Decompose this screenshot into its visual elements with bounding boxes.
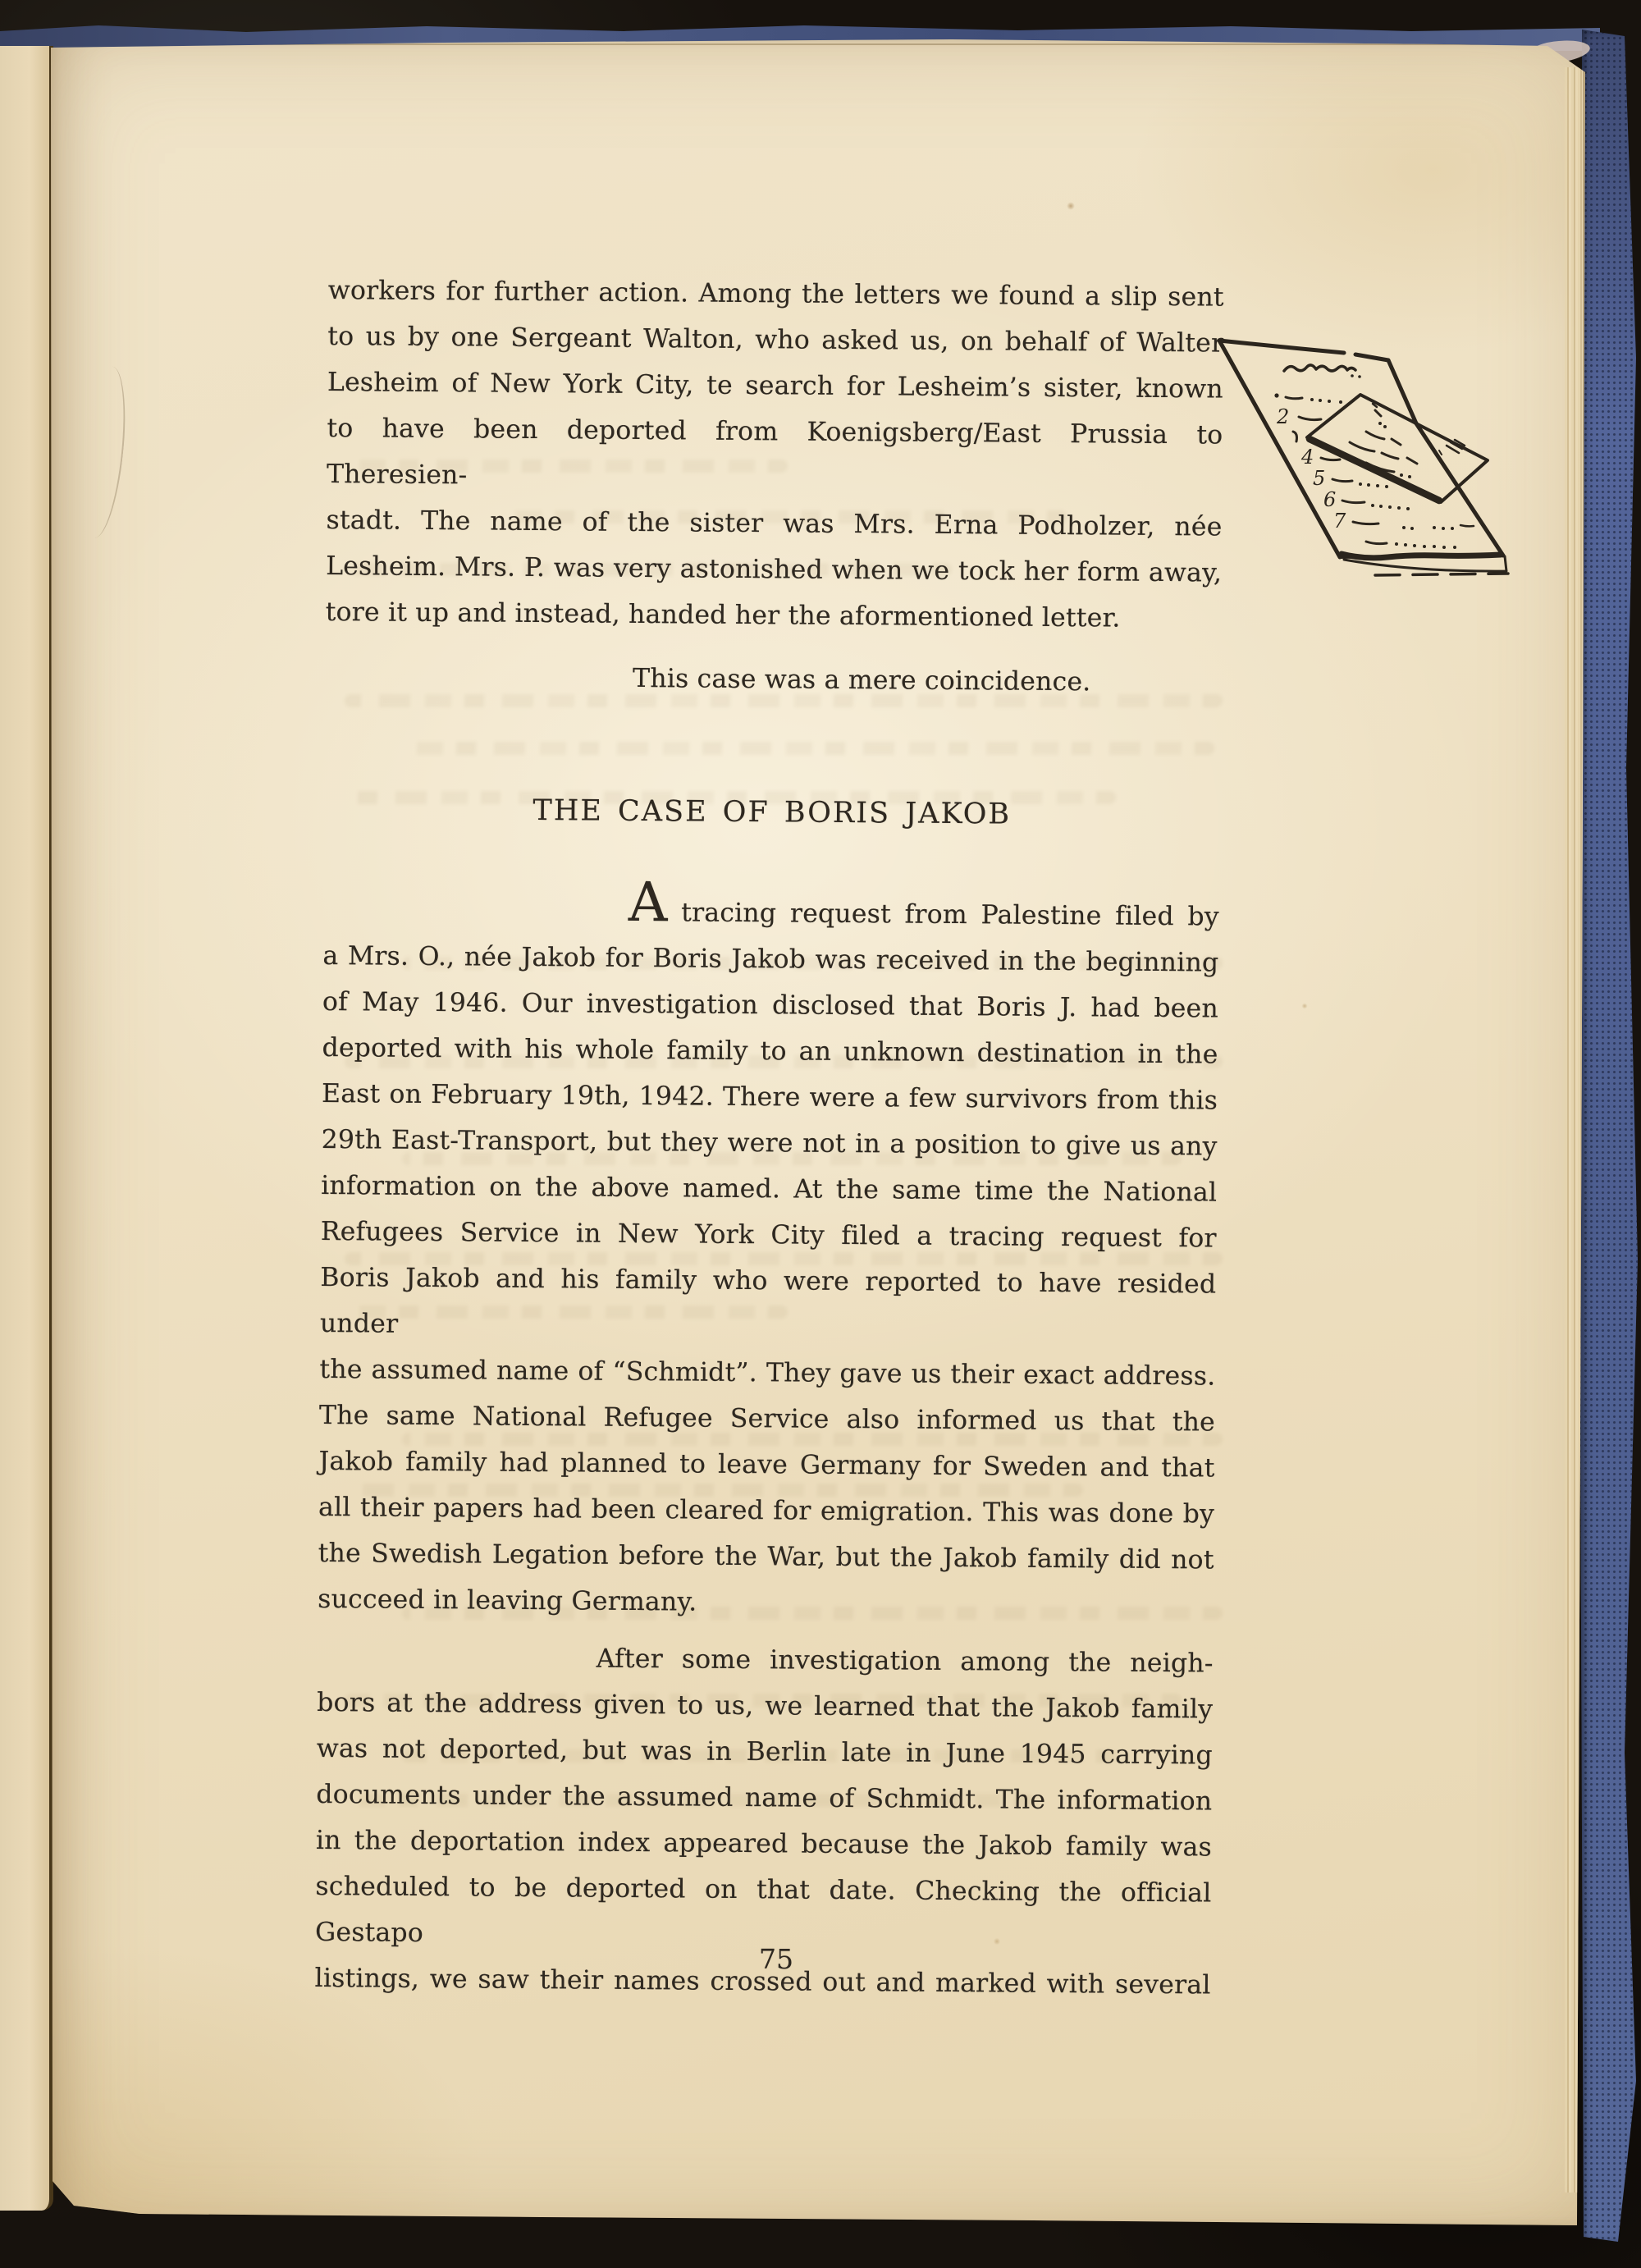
case-heading: THE CASE OF BORIS JAKOB (324, 786, 1220, 839)
stamp-mark (1439, 450, 1442, 455)
row-number: 2 (1276, 405, 1289, 428)
text-line: to have been deported from Koenigsberg/E… (327, 405, 1223, 505)
pencil-scratch (75, 364, 132, 540)
text-column: workers for further action. Among the le… (314, 267, 1224, 2009)
sheet-folded-corner (1388, 360, 1416, 423)
text-line: The same National Refugee Service also i… (319, 1392, 1215, 1446)
text-line: Jakob family had planned to leave German… (318, 1438, 1214, 1492)
row-number: 4 (1300, 446, 1314, 469)
row-number: 6 (1323, 488, 1336, 511)
interjection-line: This case was a mere coincidence. (325, 653, 1221, 706)
sheet-bottom-scribble (1342, 554, 1501, 558)
text-line: East on February 19th, 1942. There were … (322, 1071, 1218, 1124)
drop-cap: A (629, 871, 668, 934)
scribbled-title (1284, 365, 1355, 371)
text-line: bors at the address given to us, we lear… (317, 1680, 1213, 1733)
text-line: documents under the assumed name of Schm… (316, 1772, 1212, 1825)
text-line-dropcap: A tracing request from Palestine filed b… (323, 877, 1220, 940)
row-number: 7 (1333, 510, 1346, 533)
text-line: in the deportation index appeared becaus… (316, 1818, 1212, 1871)
text-line: deported with his whole family to an unk… (322, 1025, 1218, 1078)
text-line: a Mrs. O., née Jakob for Boris Jakob was… (322, 933, 1218, 986)
text-line: 29th East-Transport, but they were not i… (321, 1117, 1217, 1170)
sheet-top-edge (1219, 341, 1344, 353)
text-line: succeed in leaving Germany. (318, 1576, 1214, 1630)
text-line: tore it up and instead, handed her the a… (325, 589, 1221, 642)
text-line: stadt. The name of the sister was Mrs. E… (326, 497, 1222, 551)
book-cover-cloth-right (1577, 30, 1641, 2245)
text-line: Lesheim of New York City, te search for … (327, 359, 1223, 413)
text-line: Lesheim. Mrs. P. was very astonished whe… (326, 543, 1222, 597)
text-line: all their papers had been cleared for em… (318, 1484, 1214, 1538)
text-line: was not deported, but was in Berlin late… (317, 1726, 1213, 1779)
text-line: the assumed name of “Schmidt”. They gave… (319, 1347, 1215, 1400)
text-line: of May 1946. Our investigation disclosed… (322, 979, 1218, 1032)
text-line: After some investigation among the neigh… (317, 1634, 1213, 1687)
text-line: information on the above named. At the s… (321, 1163, 1217, 1216)
row-number: 5 (1313, 467, 1325, 490)
book-page: 2 4 5 6 7 (49, 38, 1587, 2229)
text-line: the Swedish Legation before the War, but… (318, 1530, 1214, 1584)
text-line: workers for further action. Among the le… (328, 267, 1224, 321)
lead-text: tracing request from Palestine filed by (681, 898, 1219, 931)
left-page-stack-edge (0, 46, 53, 2211)
text-line: Boris Jakob and his family who were repo… (320, 1255, 1217, 1354)
text-line: Refugees Service in New York City filed … (321, 1209, 1217, 1262)
scanned-book-photo: 2 4 5 6 7 (0, 0, 1641, 2268)
papers-sketch-illustration: 2 4 5 6 7 (1204, 325, 1543, 597)
text-line: to us by one Sergeant Walton, who asked … (327, 313, 1223, 367)
page-number: 75 (328, 1943, 1224, 1975)
